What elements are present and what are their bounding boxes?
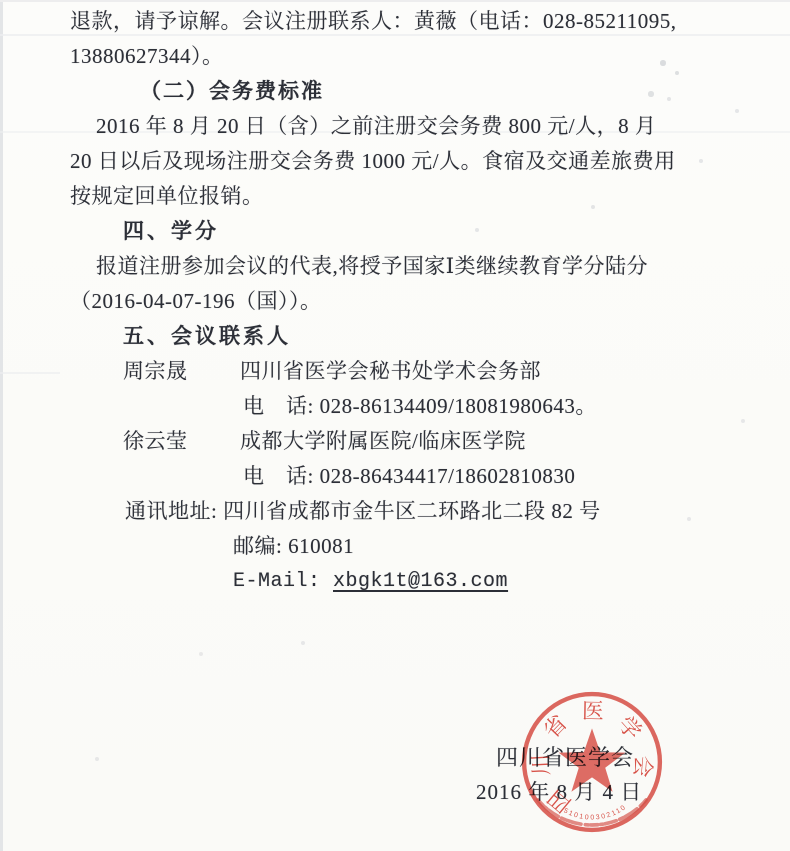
email-row: E-Mail: xbgk1t@163.com bbox=[70, 564, 670, 599]
phone-value: 028-86434417/18602810830 bbox=[320, 464, 576, 488]
zip-label: 邮编: bbox=[233, 534, 288, 558]
contact-org: 成都大学附属医院/临床医学院 bbox=[240, 429, 526, 453]
email-address: xbgk1t@163.com bbox=[333, 570, 508, 593]
scan-artifact-line bbox=[0, 372, 60, 374]
scan-edge-shadow bbox=[0, 0, 3, 851]
contact-phone-row-1: 电 话: 028-86134409/18081980643。 bbox=[70, 389, 670, 424]
contacts-section-heading: 五、会议联系人 bbox=[70, 319, 670, 354]
contact-row-2: 徐云莹成都大学附属医院/临床医学院 bbox=[70, 424, 670, 459]
phone-label: 电 话: bbox=[243, 464, 320, 488]
seal-arc-char: 医 bbox=[582, 698, 604, 723]
refund-note-line2: 13880627344）。 bbox=[70, 39, 670, 74]
email-label: E-Mail: bbox=[233, 570, 333, 593]
signature-date: 2016 年 8 月 4 日 bbox=[476, 776, 642, 806]
address-label: 通讯地址: bbox=[125, 499, 223, 523]
phone-label: 电 话: bbox=[243, 394, 320, 418]
zip-code-row: 邮编: 610081 bbox=[70, 529, 670, 564]
contact-name: 周宗晟 bbox=[123, 354, 240, 389]
fee-standard-heading: （二）会务费标准 bbox=[70, 74, 670, 109]
scan-noise-speckles bbox=[0, 0, 2, 2]
refund-note-line1: 退款，请予谅解。会议注册联系人：黄薇（电话：028-85211095, bbox=[70, 4, 670, 39]
credit-paragraph-line1: 报道注册参加会议的代表,将授予国家Ⅰ类继续教育学分陆分 bbox=[70, 249, 670, 284]
fee-paragraph-line2: 20 日以后及现场注册交会务费 1000 元/人。食宿及交通差旅费用 bbox=[70, 144, 670, 179]
document-body: 退款，请予谅解。会议注册联系人：黄薇（电话：028-85211095, 1388… bbox=[70, 4, 670, 599]
fee-paragraph-line1: 2016 年 8 月 20 日（含）之前注册交会务费 800 元/人，8 月 bbox=[70, 109, 670, 144]
signature-org-name: 四川省医学会 bbox=[496, 741, 634, 772]
scan-edge-shadow-top bbox=[0, 0, 790, 2]
contact-name: 徐云莹 bbox=[123, 424, 240, 459]
credit-paragraph-line2: （2016-04-07-196（国））。 bbox=[70, 284, 670, 319]
scanned-document-page: 退款，请予谅解。会议注册联系人：黄薇（电话：028-85211095, 1388… bbox=[0, 0, 790, 851]
mailing-address-row: 通讯地址: 四川省成都市金牛区二环路北二段 82 号 bbox=[70, 494, 670, 529]
credit-section-heading: 四、学分 bbox=[70, 214, 670, 249]
zip-value: 610081 bbox=[288, 534, 354, 558]
contact-phone-row-2: 电 话: 028-86434417/18602810830 bbox=[70, 459, 670, 494]
address-value: 四川省成都市金牛区二环路北二段 82 号 bbox=[223, 499, 601, 523]
phone-value: 028-86134409/18081980643。 bbox=[320, 394, 597, 418]
contact-org: 四川省医学会秘书处学术会务部 bbox=[240, 359, 541, 383]
contact-row-1: 周宗晟四川省医学会秘书处学术会务部 bbox=[70, 354, 670, 389]
fee-paragraph-line3: 按规定回单位报销。 bbox=[70, 179, 670, 214]
